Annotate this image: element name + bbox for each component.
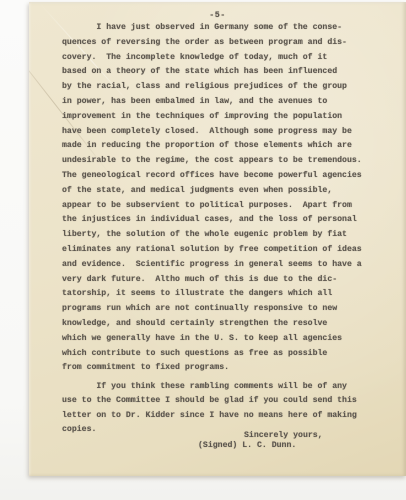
text-line: which we generally have in the U. S. to … (62, 332, 382, 347)
text-line: I have just observed in Germany some of … (62, 21, 382, 36)
text-line: improvement in the techniques of improvi… (62, 110, 382, 125)
text-line: made in reducing the proportion of those… (62, 139, 382, 154)
paragraph-2: If you think these rambling comments wil… (62, 380, 382, 437)
page-number: -5- (29, 10, 406, 20)
text-line: undesirable to the regime, the cost appe… (62, 154, 382, 169)
text-line: from commitment to fixed programs. (62, 361, 382, 376)
signature-block: Sincerely yours, (Signed) L. C. Dunn. (29, 431, 406, 451)
text-line: knowledge, and should certainly strength… (62, 317, 382, 332)
text-line: use to the Committee I should be glad if… (62, 394, 382, 408)
signature-closing: Sincerely yours, (244, 431, 406, 441)
text-line: If you think these rambling comments wil… (62, 380, 382, 394)
text-line: in power, has been embalmed in law, and … (62, 95, 382, 110)
text-line: eliminates any rational solution by free… (62, 243, 382, 258)
text-line: have been completely closed. Although so… (62, 125, 382, 140)
text-line: programs run which are not continually r… (62, 302, 382, 317)
signature-signed-line: (Signed) L. C. Dunn. (198, 441, 406, 451)
text-line: appear to be subservient to political pu… (62, 199, 382, 214)
text-line: covery. The incomplete knowledge of toda… (62, 51, 382, 66)
text-line: very dark future. Altho much of this is … (62, 273, 382, 288)
letter-body: I have just observed in Germany some of … (62, 21, 382, 437)
text-line: and evidence. Scientific progress in gen… (62, 258, 382, 273)
text-line: letter on to Dr. Kidder since I have no … (62, 409, 382, 423)
text-line: the injustices in individual cases, and … (62, 213, 382, 228)
text-line: which contribute to such questions as fr… (62, 347, 382, 362)
text-line: The geneological record offices have bec… (62, 169, 382, 184)
letter-page: -5- I have just observed in Germany some… (29, 2, 406, 476)
text-line: liberty, the solution of the whole eugen… (62, 228, 382, 243)
text-line: of the state, and medical judgments even… (62, 184, 382, 199)
text-line: by the racial, class and religious preju… (62, 80, 382, 95)
text-line: quences of reversing the order as betwee… (62, 36, 382, 51)
text-line: based on a theory of the state which has… (62, 65, 382, 80)
text-line: tatorship, it seems to illustrate the da… (62, 287, 382, 302)
paragraph-1: I have just observed in Germany some of … (62, 21, 382, 376)
